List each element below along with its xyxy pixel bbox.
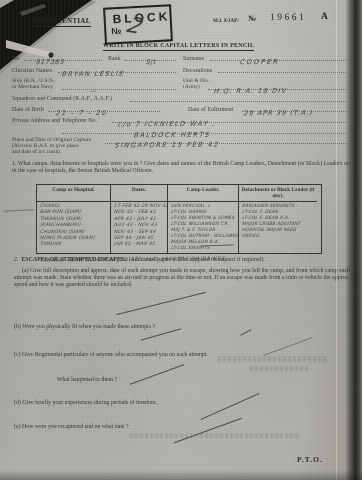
section2-heading: 2. ESCAPES OR ATTEMPTED ESCAPES. (Additi… bbox=[14, 257, 350, 264]
ref-no-label: № bbox=[248, 14, 256, 23]
handwritten-dash-a bbox=[116, 292, 206, 316]
rank-label: Rank bbox=[108, 56, 121, 62]
christian-names-field: BRYAN LESLIE bbox=[58, 63, 176, 73]
handwritten-line: BAN PON (SIAM) bbox=[40, 210, 109, 216]
table-header-dates: Dates. bbox=[111, 185, 168, 202]
table-header-camp: Camp or Hospital. bbox=[37, 185, 111, 202]
bottom-shadow bbox=[0, 470, 362, 480]
table-column-block-leaders: BRIGADIER SERVANTS -LT-COL F. DEANLT-COL… bbox=[239, 202, 317, 253]
capture-value-handwritten: SINGAPORE 15 FEB 42 bbox=[114, 141, 220, 150]
block-capitals-instruction: WRITE IN BLOCK CAPITAL LETTERS IN PENCIL bbox=[103, 43, 254, 51]
ink-bleed-mark bbox=[130, 433, 300, 438]
handwritten-line: VARIED bbox=[242, 234, 316, 240]
ref-suffix: A bbox=[321, 12, 328, 22]
question2d-text: (d) Give briefly your experiences during… bbox=[14, 400, 334, 407]
no-field: 917385 bbox=[24, 51, 102, 61]
squadron-field bbox=[130, 92, 346, 102]
page-spine-shadow bbox=[345, 0, 362, 480]
pto-label: P.T.O. bbox=[297, 455, 323, 464]
no-label: No. bbox=[12, 56, 21, 62]
handwritten-line: JULY 43 - NOV 43 bbox=[114, 223, 166, 229]
unit-div-label-line2: (Army) bbox=[183, 84, 200, 90]
ref-prefix: M.I. 9/JAP/ bbox=[213, 18, 239, 24]
question2a-text: (a) Give full description and approx. da… bbox=[14, 268, 350, 289]
margin-scribble bbox=[4, 209, 34, 212]
handwritten-line: NOV 42 - FEB 43 bbox=[114, 210, 166, 216]
christian-names-label: Christian Names bbox=[12, 68, 52, 74]
handwritten-line: (KANCHANBURI) bbox=[40, 223, 109, 229]
ink-bleed-mark bbox=[250, 366, 310, 371]
question2b-text: (b) Were you physically fit when you mad… bbox=[14, 324, 314, 331]
dob-field: 21 - 7 - 20 bbox=[48, 102, 160, 112]
paper-crease bbox=[336, 0, 337, 480]
surname-field: COOPER bbox=[210, 51, 346, 61]
ship-value-handwritten: — bbox=[89, 87, 97, 95]
unit-div-field: H.Q. R.A. 18 DIV bbox=[208, 80, 346, 90]
question1-text: 1. What camps, detachments or hospitals … bbox=[12, 161, 350, 175]
table-column-dates: 17 FEB 42-29 NOV 42NOV 42 - FEB 43APR 43… bbox=[111, 202, 168, 253]
christian-names-value-handwritten: BRYAN LESLIE bbox=[61, 70, 125, 79]
section2-title: ESCAPES OR ATTEMPTED ESCAPES. bbox=[21, 257, 125, 263]
block-stamp-no-label: № bbox=[111, 26, 122, 37]
capture-field: SINGAPORE 15 FEB 42 bbox=[105, 134, 346, 144]
ref-number: 19661 bbox=[270, 13, 306, 23]
section2-number: 2. bbox=[14, 257, 18, 263]
address-field-line1: c/o 7 ICKNIELD WAY , bbox=[112, 113, 346, 123]
decorations-field bbox=[218, 63, 346, 73]
ink-bleed-mark bbox=[218, 356, 328, 362]
dob-label: Date of Birth bbox=[12, 107, 44, 113]
table-header-leader: Camp Leader. bbox=[168, 185, 239, 202]
address-field-line2: BALDOCK HERTS bbox=[62, 124, 346, 134]
dob-value-handwritten: 21 - 7 - 20 bbox=[55, 109, 108, 117]
enlistment-field: 29 APR 39 (T.A.) bbox=[242, 102, 348, 112]
rank-field: Sjt bbox=[124, 51, 176, 61]
ship-field: — bbox=[62, 80, 176, 90]
question2e-text: (e) How were you recaptured and on what … bbox=[14, 424, 334, 431]
surname-label: Surname bbox=[183, 56, 204, 62]
table-column-camps: CHANGIBAN PON (SIAM)TAKANUN (SIAM)(KANCH… bbox=[37, 202, 111, 253]
pow-liberation-questionnaire-form: CONFIDENTIAL BLOCK № 2 M.I. 9/JAP/ № 196… bbox=[0, 0, 362, 480]
section2-note: (Additional paper will be supplied on re… bbox=[129, 257, 265, 263]
capture-label-line3: and date of a/c crash). bbox=[12, 149, 62, 155]
confidential-label: CONFIDENTIAL bbox=[33, 18, 91, 27]
question2c2-text: What happened to them ? bbox=[57, 377, 177, 384]
ship-label-line2: or Merchant Navy bbox=[12, 84, 53, 90]
camps-table: Camp or Hospital. Dates. Camp Leader. De… bbox=[36, 184, 322, 254]
decorations-label: Decorations bbox=[183, 68, 212, 74]
table-header-block-leader: Detachment or Block Leader (if any). bbox=[239, 185, 317, 202]
